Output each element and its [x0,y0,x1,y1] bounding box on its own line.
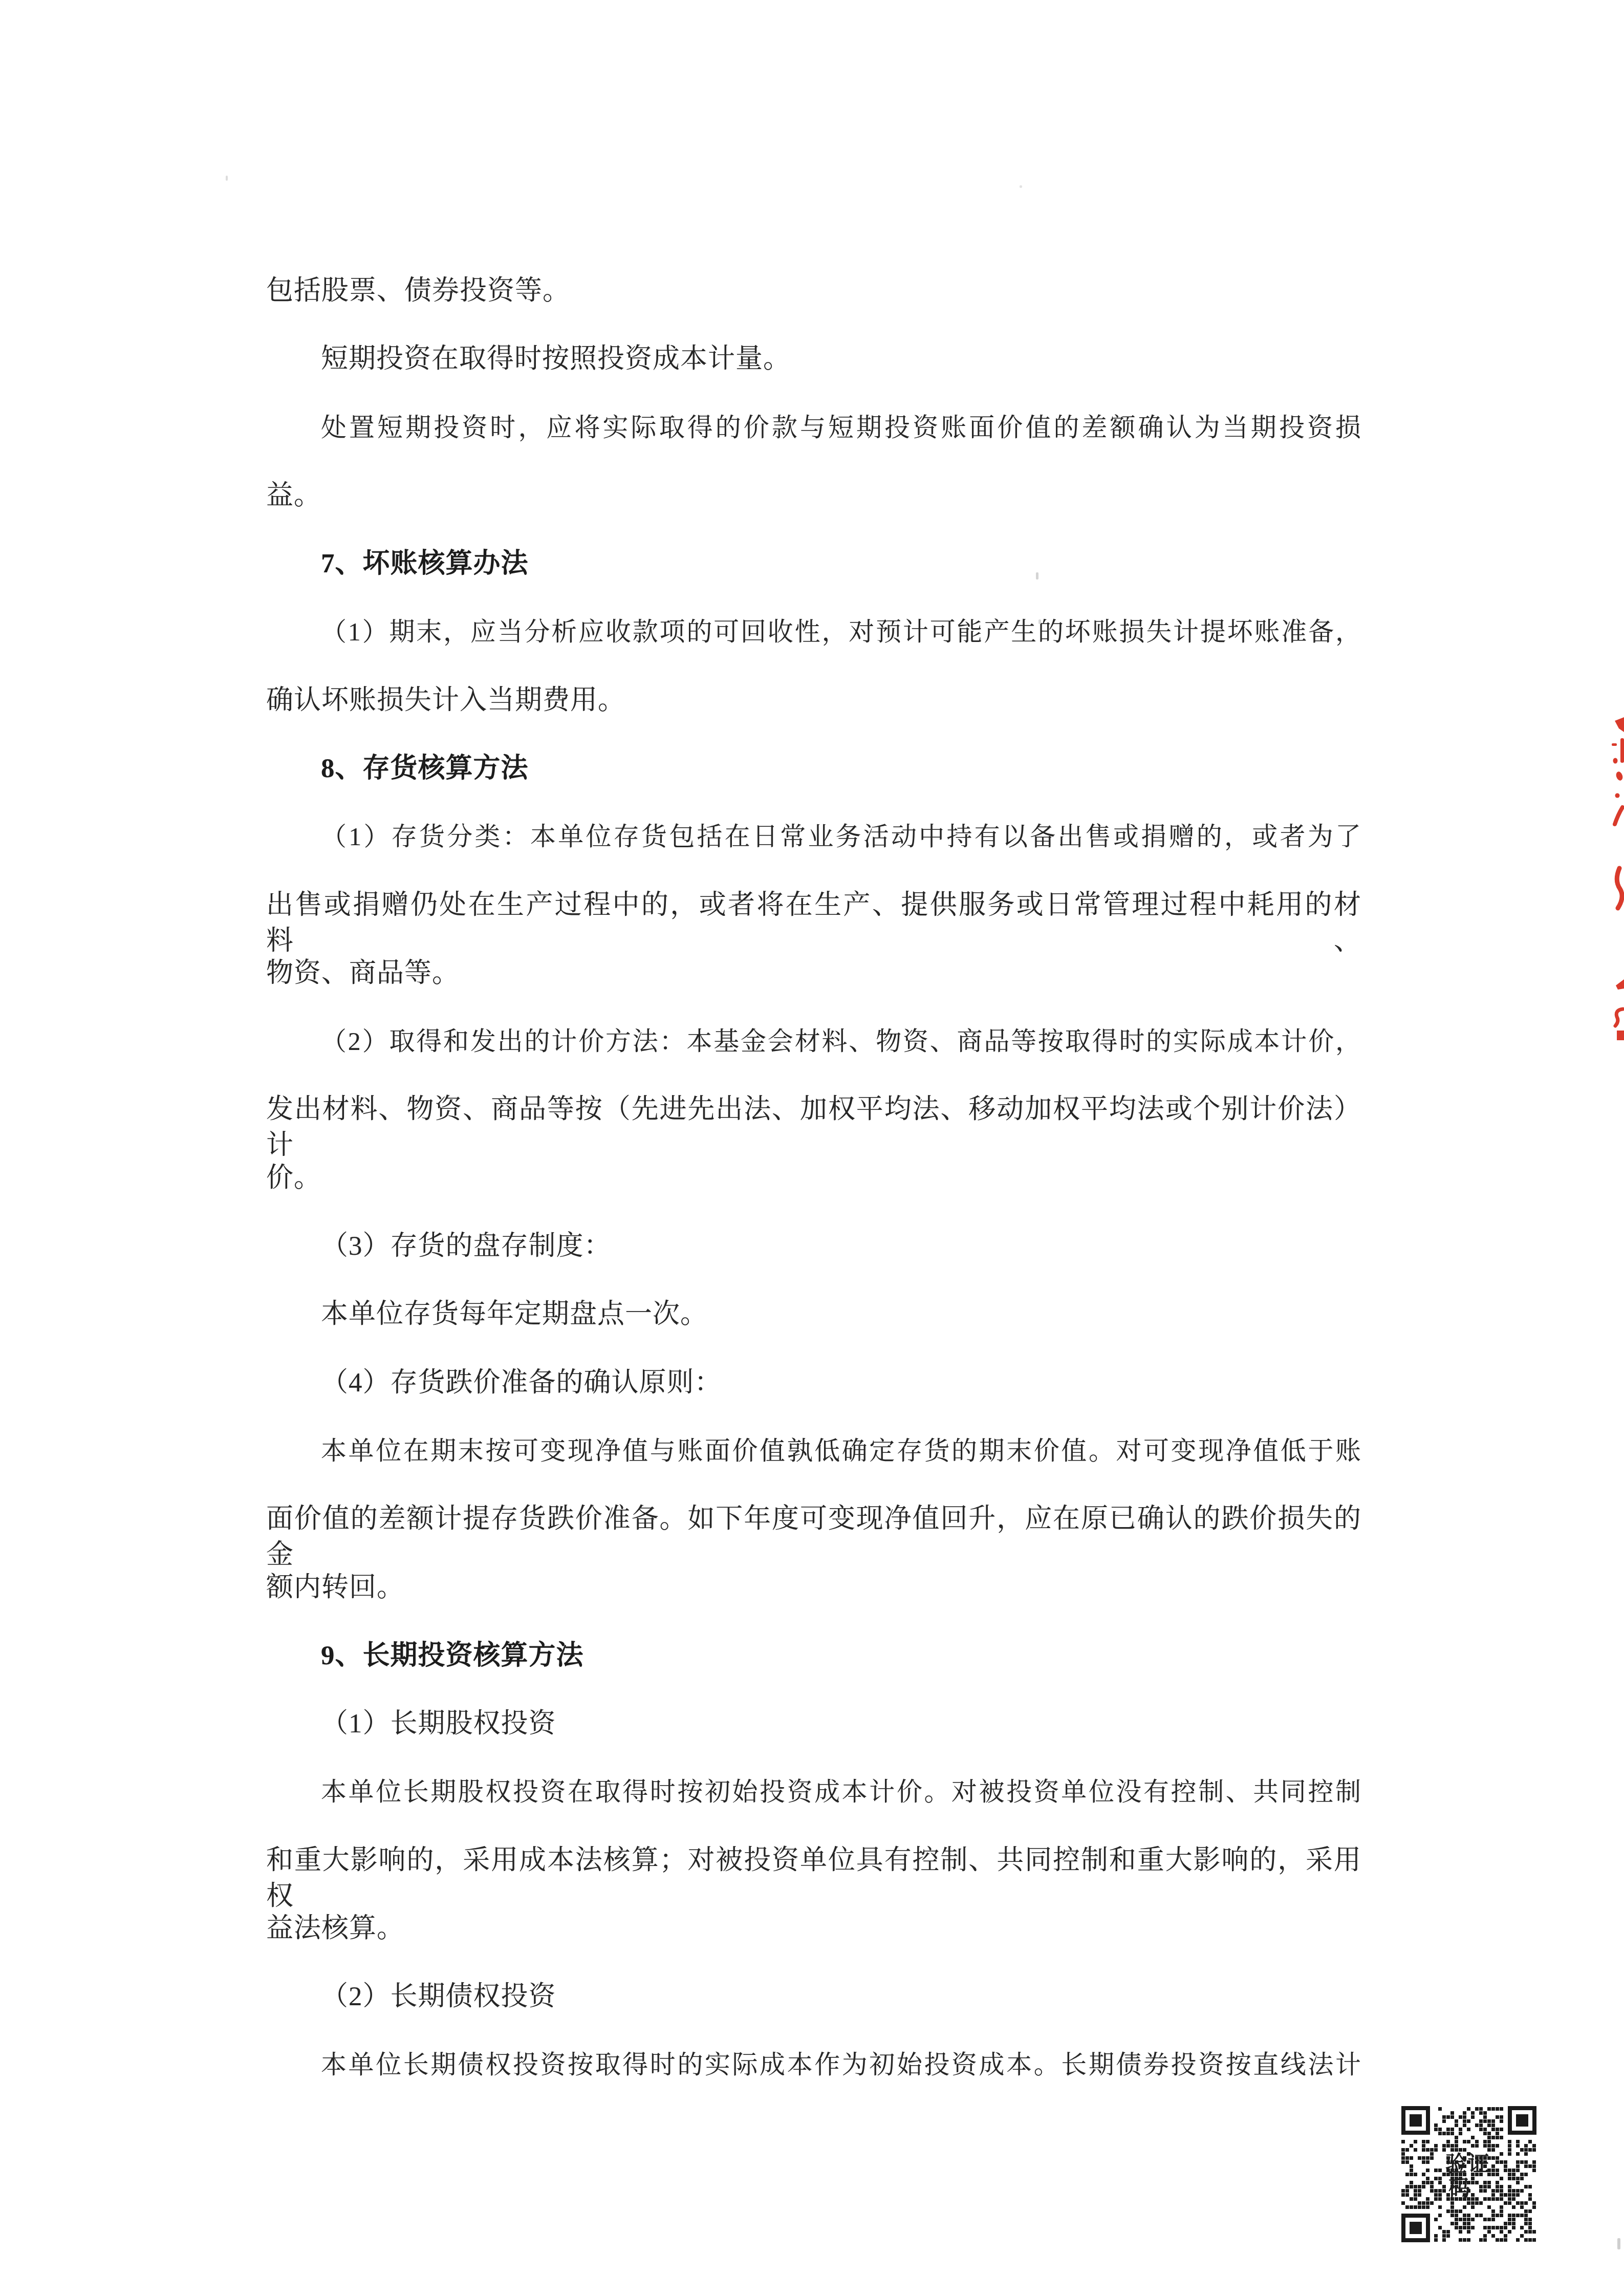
doc-line: （1）期末，应当分析应收款项的可回收性，对预计可能产生的坏账损失计提坏账准备， [266,614,1361,650]
qr-caption-row1: 验证 [1445,2153,1490,2176]
scan-speck [1038,619,1041,624]
scan-speck [1617,2238,1620,2249]
doc-line: （2）长期债权投资 [266,1979,1361,2014]
qr-caption-row2: 码 [1448,2178,1471,2200]
doc-line: （4）存货跌价准备的确认原则： [266,1365,1361,1401]
doc-line: 出售或捐赠仍处在生产过程中的，或者将在生产、提供服务或日常管理过程中耗用的材料、 [266,887,1361,923]
doc-line: （1）存货分类：本单位存货包括在日常业务活动中持有以备出售或捐赠的，或者为了 [266,819,1361,854]
scan-speck [1036,572,1038,580]
doc-line: 价。 [266,1160,1361,1196]
red-edge-marks [1604,706,1624,1065]
doc-line: 本单位长期股权投资在取得时按初始投资成本计价。对被投资单位没有控制、共同控制 [266,1774,1361,1810]
qr-code: 验证 码 [1401,2106,1536,2242]
doc-line: 益法核算。 [266,1911,1361,1946]
doc-line: 本单位长期债权投资按取得时的实际成本作为初始投资成本。长期债券投资按直线法计 [266,2047,1361,2083]
section-heading-bad-debt: 7、坏账核算办法 [266,546,1361,582]
doc-line: （2）取得和发出的计价方法：本基金会材料、物资、商品等按取得时的实际成本计价， [266,1023,1361,1059]
scan-speck [226,176,228,181]
scan-speck [1020,185,1022,188]
section-heading-long-term-investment: 9、长期投资核算方法 [266,1638,1361,1673]
section-heading-inventory: 8、存货核算方法 [266,750,1361,786]
doc-line: 短期投资在取得时按照投资成本计量。 [266,341,1361,377]
doc-line: 和重大影响的，采用成本法核算；对被投资单位具有控制、共同控制和重大影响的，采用权 [266,1842,1361,1878]
doc-line: 本单位在期末按可变现净值与账面价值孰低确定存货的期末价值。对可变现净值低于账 [266,1433,1361,1469]
doc-line: 面价值的差额计提存货跌价准备。如下年度可变现净值回升，应在原已确认的跌价损失的金 [266,1501,1361,1537]
doc-line: 确认坏账损失计入当期费用。 [266,682,1361,718]
doc-line: 本单位存货每年定期盘点一次。 [266,1296,1361,1332]
doc-line: （1）长期股权投资 [266,1706,1361,1742]
doc-line: 处置短期投资时，应将实际取得的价款与短期投资账面价值的差额确认为当期投资损 [266,410,1361,445]
scanned-document-page: { "page": { "bg": "#ffffff", "text_color… [0,0,1624,2296]
doc-line: 物资、商品等。 [266,955,1361,991]
doc-line: 发出材料、物资、商品等按（先进先出法、加权平均法、移动加权平均法或个别计价法）计 [266,1091,1361,1127]
doc-line: 额内转回。 [266,1570,1361,1605]
doc-line: 益。 [266,478,1361,513]
doc-line: 包括股票、债券投资等。 [266,273,1361,309]
doc-line: （3）存货的盘存制度： [266,1228,1361,1264]
